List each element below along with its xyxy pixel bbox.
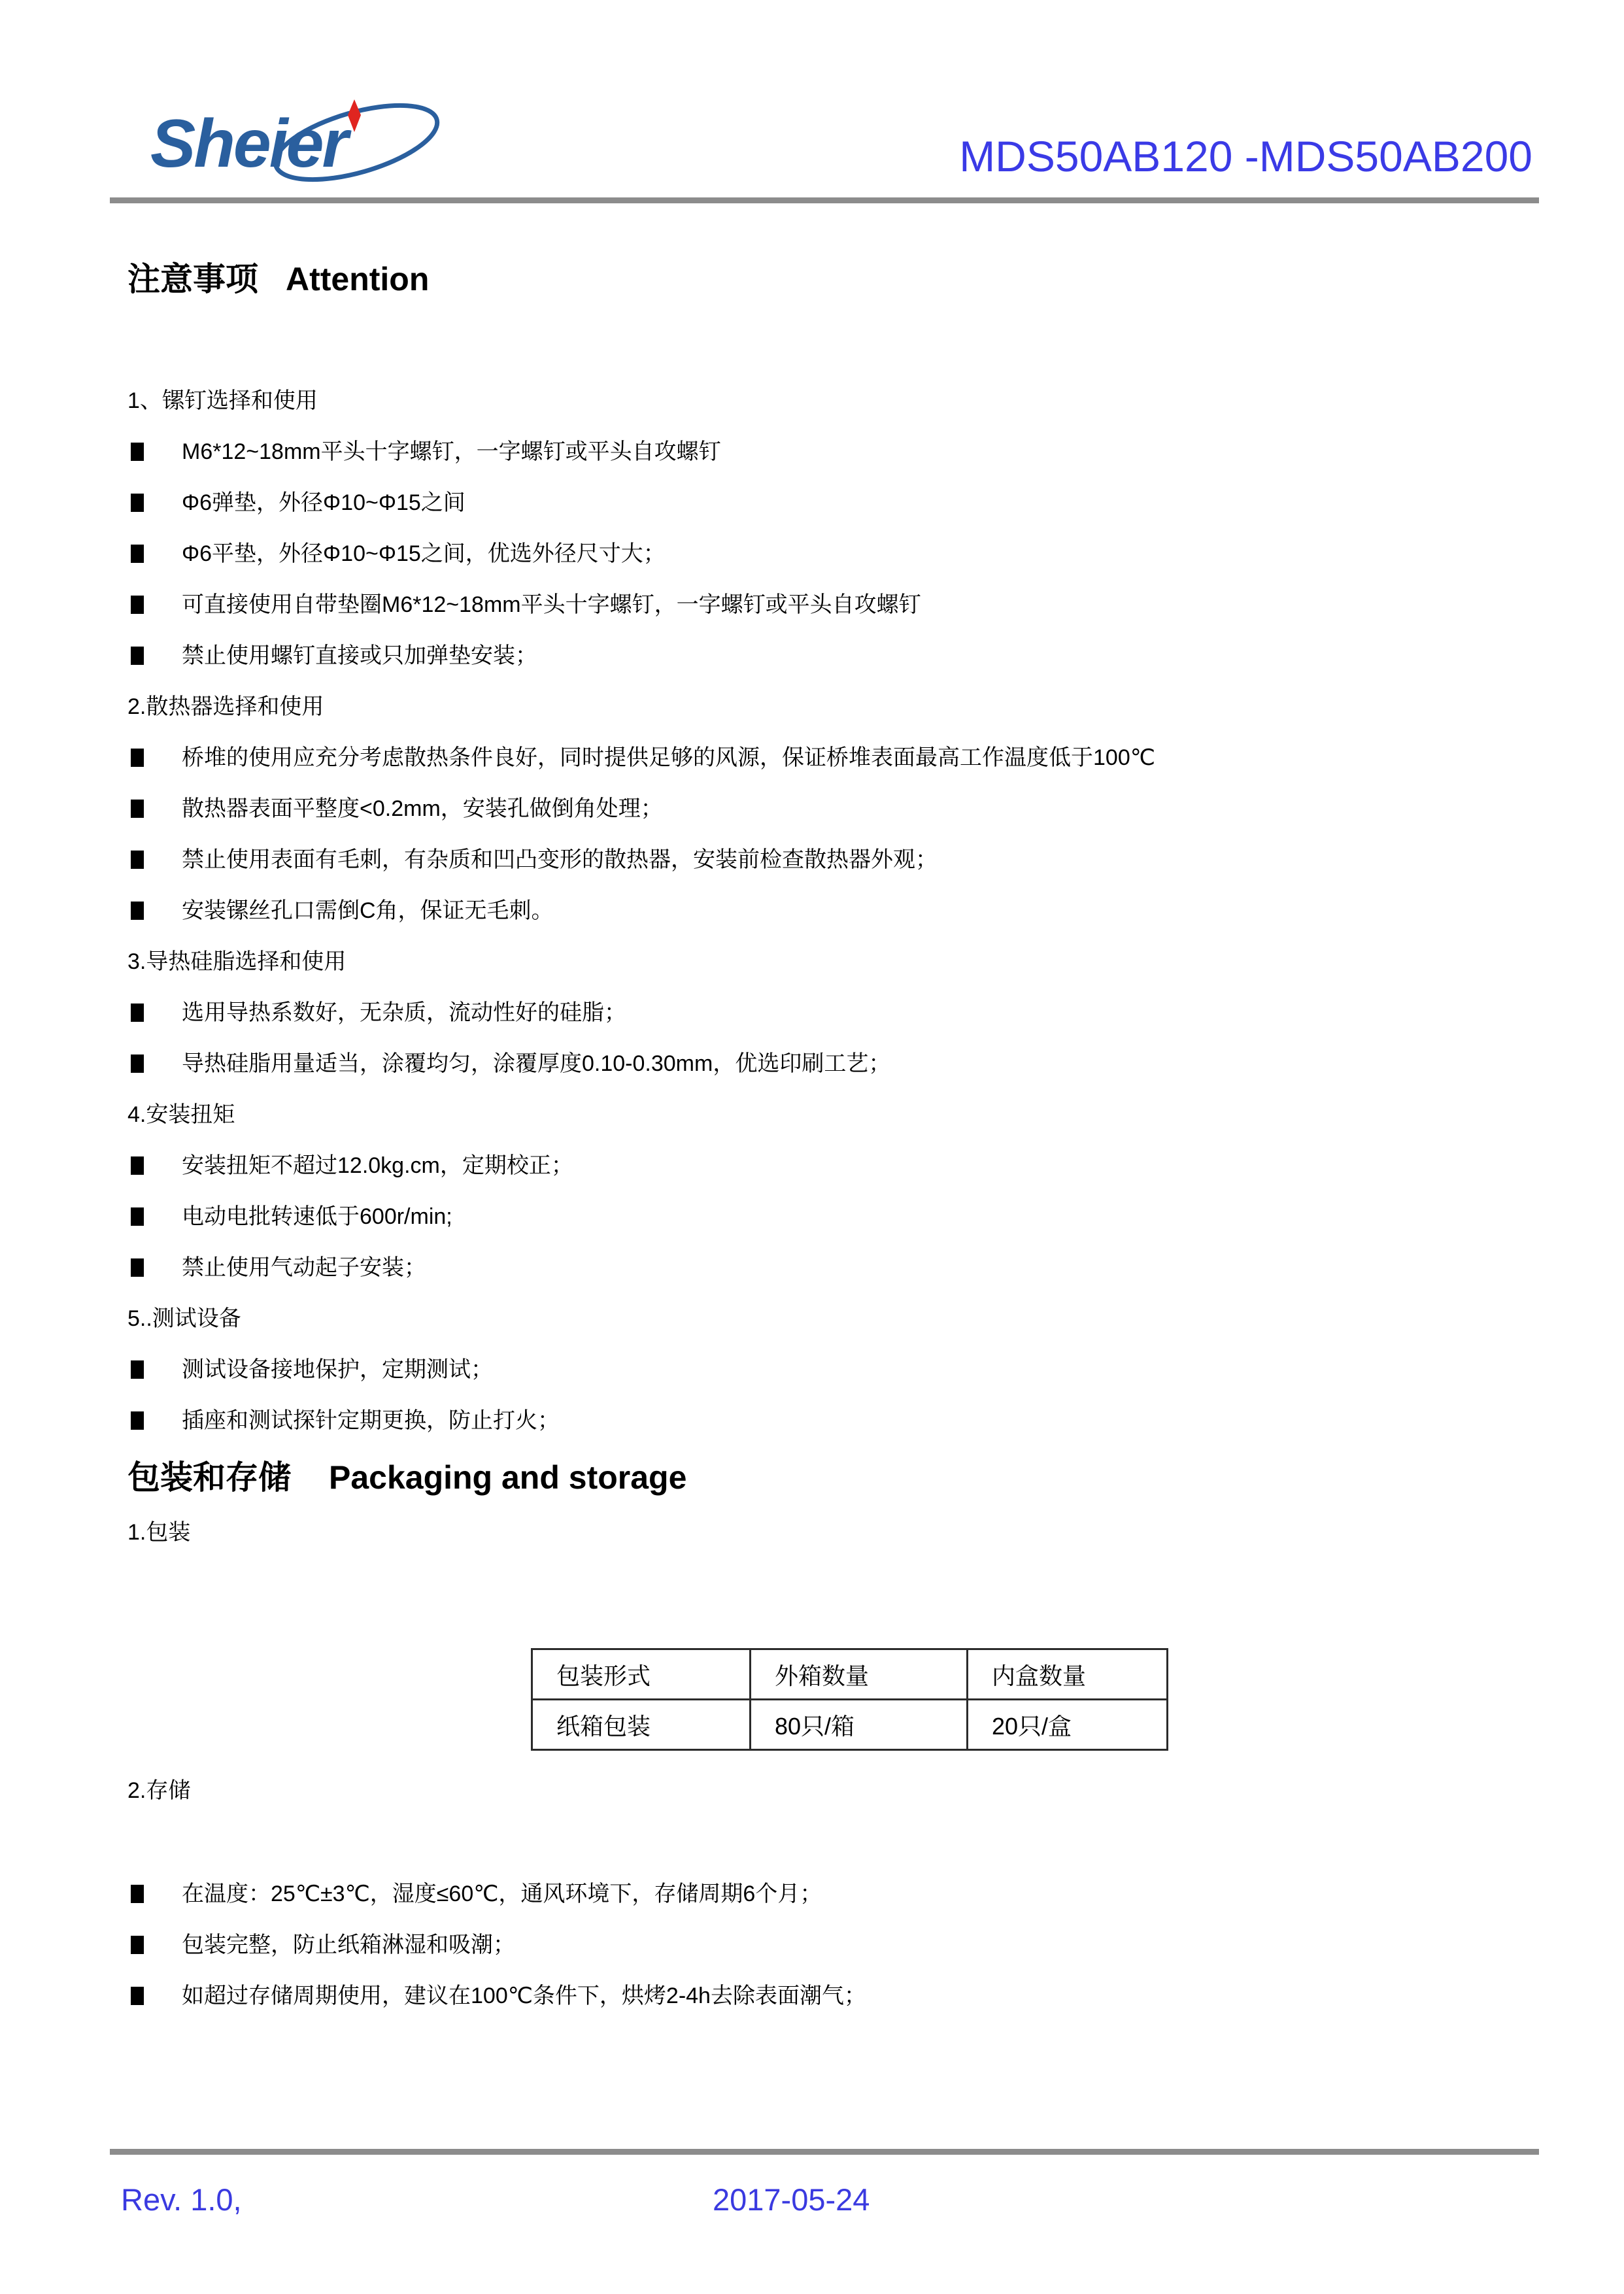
bullet-item: M6*12~18mm平头十字螺钉，一字螺钉或平头自攻螺钉: [0, 438, 1624, 465]
bullet-text: 导热硅脂用量适当，涂覆均匀，涂覆厚度0.10-0.30mm，优选印刷工艺；: [182, 1050, 890, 1077]
bullet-item: 如超过存储周期使用，建议在100℃条件下，烘烤2-4h去除表面潮气；: [0, 1982, 1624, 2010]
packaging-heading-zh: 包装和存储: [127, 1459, 291, 1496]
bullet-square-icon: [131, 494, 144, 512]
bullet-square-icon: [131, 902, 144, 920]
header-rule: [110, 197, 1539, 203]
bullet-item: 禁止使用表面有毛刺，有杂质和凹凸变形的散热器，安装前检查散热器外观；: [0, 846, 1624, 873]
section-label: 2.散热器选择和使用: [0, 693, 1624, 720]
section-label: 1、镙钉选择和使用: [0, 387, 1624, 414]
bullet-square-icon: [131, 1156, 144, 1175]
logo-text: Sheier: [150, 98, 458, 190]
bullet-item: 电动电批转速低于600r/min;: [0, 1203, 1624, 1230]
bullet-item: 选用导热系数好，无杂质，流动性好的硅脂；: [0, 999, 1624, 1026]
bullet-text: 散热器表面平整度<0.2mm，安装孔做倒角处理；: [182, 795, 663, 822]
bullet-square-icon: [131, 800, 144, 818]
bullet-item: 在温度：25℃±3℃，湿度≤60℃，通风环境下，存储周期6个月；: [0, 1880, 1624, 1908]
section-label: 4.安装扭矩: [0, 1101, 1624, 1128]
bullet-item: 禁止使用螺钉直接或只加弹垫安装；: [0, 642, 1624, 669]
bullet-text: 禁止使用气动起子安装；: [182, 1254, 426, 1281]
bullet-square-icon: [131, 1885, 144, 1903]
bullet-text: Φ6平垫，外径Φ10~Φ15之间，优选外径尺寸大；: [182, 540, 666, 567]
datasheet-page: Sheier MDS50AB120 -MDS50AB200 注意事项Attent…: [0, 0, 1624, 2294]
section-label: 5..测试设备: [0, 1305, 1624, 1332]
bullet-text: 插座和测试探针定期更换，防止打火；: [182, 1407, 560, 1434]
bullet-square-icon: [131, 1054, 144, 1073]
attention-heading-en: Attention: [286, 261, 429, 297]
sheier-logo: Sheier: [150, 98, 458, 190]
packaging-sub2-label: 2.存储: [127, 1777, 1624, 1804]
attention-heading: 注意事项Attention: [127, 260, 1624, 299]
bullet-square-icon: [131, 1360, 144, 1379]
bullet-text: 可直接使用自带垫圈M6*12~18mm平头十字螺钉，一字螺钉或平头自攻螺钉: [182, 591, 921, 618]
bullet-square-icon: [131, 1411, 144, 1430]
bullet-text: 安装镙丝孔口需倒C角，保证无毛刺。: [182, 897, 554, 924]
table-header-row: 包装形式 外箱数量 内盒数量: [532, 1649, 1168, 1700]
date-text: 2017-05-24: [713, 2183, 870, 2217]
bullet-square-icon: [131, 596, 144, 614]
table-header-cell: 外箱数量: [751, 1649, 968, 1700]
bullet-item: Φ6弹垫，外径Φ10~Φ15之间: [0, 489, 1624, 516]
bullet-text: 包装完整，防止纸箱淋湿和吸潮；: [182, 1931, 515, 1959]
bullet-text: M6*12~18mm平头十字螺钉，一字螺钉或平头自攻螺钉: [182, 438, 721, 465]
table-cell: 20只/盒: [968, 1700, 1168, 1750]
bullet-item: 导热硅脂用量适当，涂覆均匀，涂覆厚度0.10-0.30mm，优选印刷工艺；: [0, 1050, 1624, 1077]
bullet-item: 散热器表面平整度<0.2mm，安装孔做倒角处理；: [0, 795, 1624, 822]
bullet-text: 电动电批转速低于600r/min;: [182, 1203, 452, 1230]
revision-text: Rev. 1.0,: [121, 2183, 713, 2217]
bullet-square-icon: [131, 545, 144, 563]
table-cell: 80只/箱: [751, 1700, 968, 1750]
bullet-item: 禁止使用气动起子安装；: [0, 1254, 1624, 1281]
bullet-square-icon: [131, 647, 144, 665]
section-label: 3.导热硅脂选择和使用: [0, 948, 1624, 975]
bullet-item: 测试设备接地保护，定期测试；: [0, 1356, 1624, 1383]
bullet-square-icon: [131, 1936, 144, 1954]
bullet-square-icon: [131, 1987, 144, 2005]
table-cell: 纸箱包装: [532, 1700, 751, 1750]
footer-rule: [110, 2149, 1539, 2155]
table-header-cell: 内盒数量: [968, 1649, 1168, 1700]
header: Sheier MDS50AB120 -MDS50AB200: [0, 0, 1624, 190]
attention-list: 1、镙钉选择和使用 M6*12~18mm平头十字螺钉，一字螺钉或平头自攻螺钉 Φ…: [0, 387, 1624, 1434]
packaging-heading: 包装和存储Packaging and storage: [127, 1458, 1624, 1497]
bullet-square-icon: [131, 1004, 144, 1022]
bullet-item: 插座和测试探针定期更换，防止打火；: [0, 1407, 1624, 1434]
bullet-text: 桥堆的使用应充分考虑散热条件良好，同时提供足够的风源，保证桥堆表面最高工作温度低…: [182, 744, 1155, 771]
bullet-item: 安装扭矩不超过12.0kg.cm，定期校正；: [0, 1152, 1624, 1179]
bullet-square-icon: [131, 851, 144, 869]
bullet-text: 测试设备接地保护，定期测试；: [182, 1356, 493, 1383]
doc-title: MDS50AB120 -MDS50AB200: [959, 135, 1532, 190]
footer: Rev. 1.0, 2017-05-24: [0, 2183, 1624, 2217]
packaging-heading-en: Packaging and storage: [329, 1459, 686, 1496]
bullet-square-icon: [131, 749, 144, 767]
bullet-square-icon: [131, 1207, 144, 1226]
bullet-text: 安装扭矩不超过12.0kg.cm，定期校正；: [182, 1152, 573, 1179]
bullet-item: 可直接使用自带垫圈M6*12~18mm平头十字螺钉，一字螺钉或平头自攻螺钉: [0, 591, 1624, 618]
bullet-text: 选用导热系数好，无杂质，流动性好的硅脂；: [182, 999, 626, 1026]
packaging-sub1-label: 1.包装: [127, 1519, 1624, 1546]
bullet-item: Φ6平垫，外径Φ10~Φ15之间，优选外径尺寸大；: [0, 540, 1624, 567]
packaging-table: 包装形式 外箱数量 内盒数量 纸箱包装 80只/箱 20只/盒: [531, 1648, 1168, 1751]
bullet-text: 禁止使用表面有毛刺，有杂质和凹凸变形的散热器，安装前检查散热器外观；: [182, 846, 938, 873]
table-header-cell: 包装形式: [532, 1649, 751, 1700]
attention-heading-zh: 注意事项: [127, 261, 258, 297]
bullet-item: 桥堆的使用应充分考虑散热条件良好，同时提供足够的风源，保证桥堆表面最高工作温度低…: [0, 744, 1624, 771]
bullet-text: 如超过存储周期使用，建议在100℃条件下，烘烤2-4h去除表面潮气；: [182, 1982, 866, 2010]
bullet-text: Φ6弹垫，外径Φ10~Φ15之间: [182, 489, 465, 516]
bullet-item: 包装完整，防止纸箱淋湿和吸潮；: [0, 1931, 1624, 1959]
table-row: 纸箱包装 80只/箱 20只/盒: [532, 1700, 1168, 1750]
storage-list: 在温度：25℃±3℃，湿度≤60℃，通风环境下，存储周期6个月； 包装完整，防止…: [0, 1880, 1624, 2010]
bullet-square-icon: [131, 1258, 144, 1277]
bullet-text: 禁止使用螺钉直接或只加弹垫安装；: [182, 642, 537, 669]
bullet-square-icon: [131, 443, 144, 461]
bullet-text: 在温度：25℃±3℃，湿度≤60℃，通风环境下，存储周期6个月；: [182, 1880, 822, 1908]
bullet-item: 安装镙丝孔口需倒C角，保证无毛刺。: [0, 897, 1624, 924]
